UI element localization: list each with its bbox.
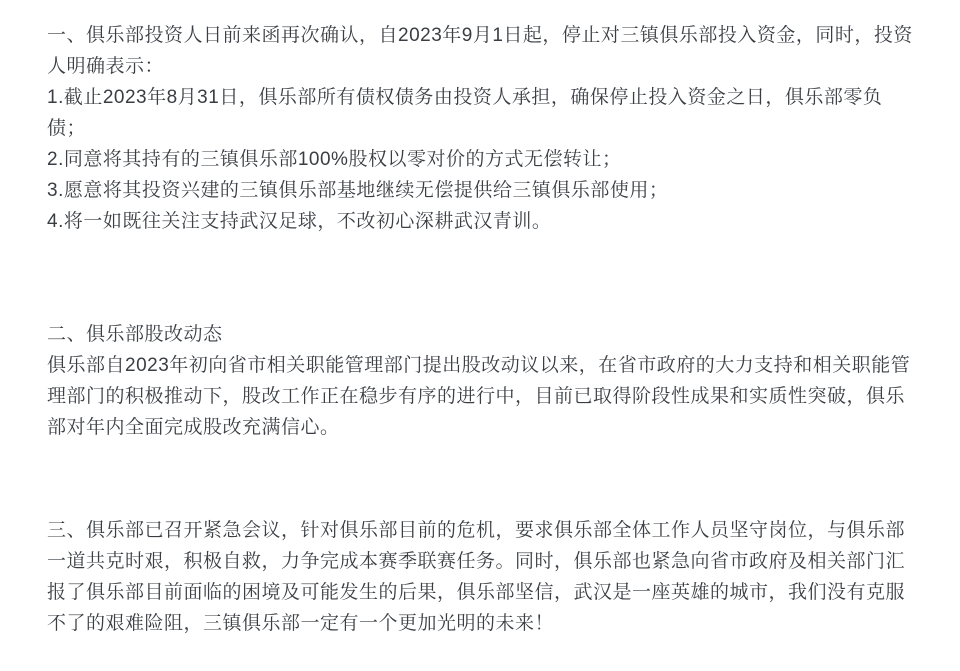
section-investor-statement: 一、俱乐部投资人日前来函再次确认，自2023年9月1日起，停止对三镇俱乐部投入资…	[47, 20, 916, 237]
paragraph-investor-intro: 一、俱乐部投资人日前来函再次确认，自2023年9月1日起，停止对三镇俱乐部投入资…	[47, 20, 916, 82]
paragraph-item-4-youth: 4.将一如既往关注支持武汉足球，不改初心深耕武汉青训。	[47, 206, 916, 237]
paragraph-share-reform-body: 俱乐部自2023年初向省市相关职能管理部门提出股改动议以来，在省市政府的大力支持…	[47, 350, 916, 443]
paragraph-item-3-base: 3.愿意将其投资兴建的三镇俱乐部基地继续无偿提供给三镇俱乐部使用；	[47, 175, 916, 206]
article-body: 一、俱乐部投资人日前来函再次确认，自2023年9月1日起，停止对三镇俱乐部投入资…	[0, 0, 960, 639]
paragraph-item-2-equity: 2.同意将其持有的三镇俱乐部100%股权以零对价的方式无偿转让；	[47, 144, 916, 175]
paragraph-share-reform-heading: 二、俱乐部股改动态	[47, 319, 916, 350]
section-share-reform: 二、俱乐部股改动态 俱乐部自2023年初向省市相关职能管理部门提出股改动议以来，…	[47, 319, 916, 443]
paragraph-emergency-body: 三、俱乐部已召开紧急会议，针对俱乐部目前的危机，要求俱乐部全体工作人员坚守岗位，…	[47, 515, 916, 639]
paragraph-item-1-debt: 1.截止2023年8月31日，俱乐部所有债权债务由投资人承担，确保停止投入资金之…	[47, 82, 916, 144]
section-emergency-meeting: 三、俱乐部已召开紧急会议，针对俱乐部目前的危机，要求俱乐部全体工作人员坚守岗位，…	[47, 515, 916, 639]
